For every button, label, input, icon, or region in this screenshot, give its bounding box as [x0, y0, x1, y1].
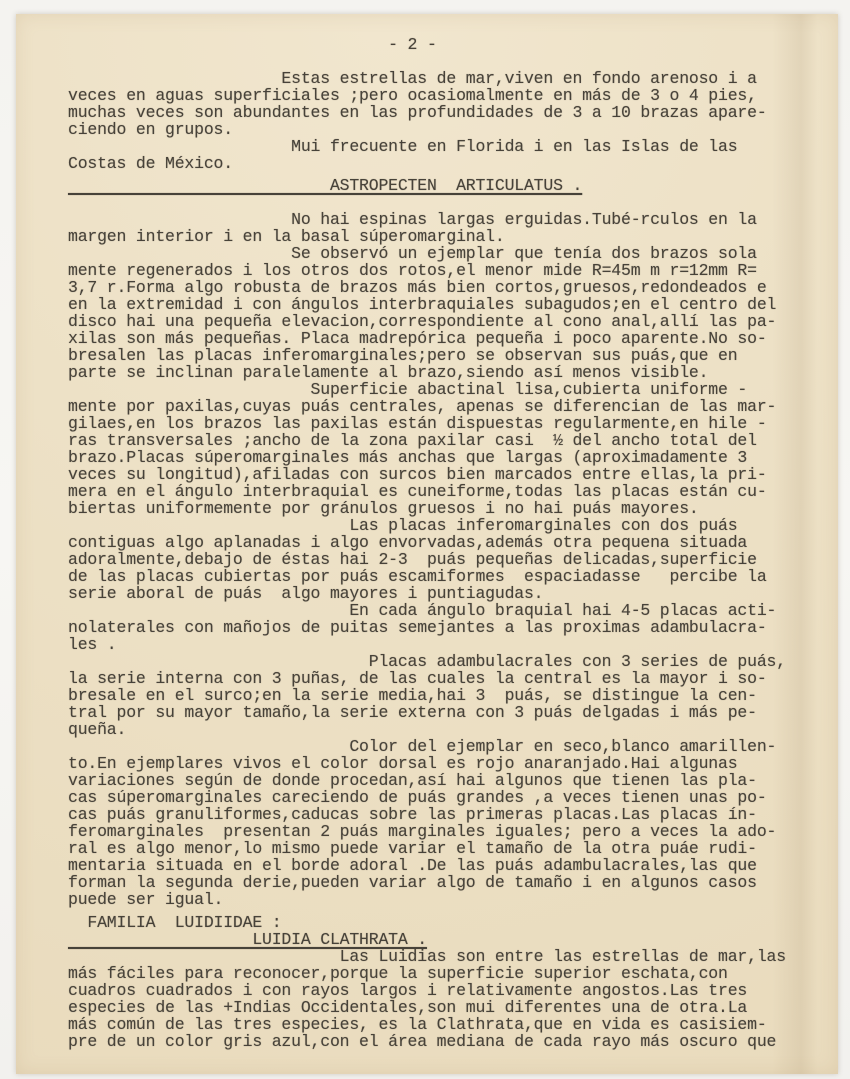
text-line: pre de un color gris azul,con el área me… — [68, 1033, 828, 1050]
typewritten-text: - 2 - Estas estrellas de mar,viven en fo… — [68, 36, 828, 1074]
text-line: cas puás granuliformes,caducas sobre las… — [68, 806, 828, 823]
text-line: mera en el ángulo interbraquial es cunei… — [68, 483, 828, 500]
text-line: les . — [68, 636, 828, 653]
text-line: de las placas cubiertas por puás escamif… — [68, 568, 828, 585]
text-line: Las placas inferomarginales con dos puás — [68, 517, 828, 534]
text-line: ral es algo menor,lo mismo puede variar … — [68, 840, 828, 857]
text-line: Superficie abactinal lisa,cubierta unifo… — [68, 381, 828, 398]
text-line: más fáciles para reconocer,porque la sup… — [68, 965, 828, 982]
text-line: tral por su mayor tamaño,la serie extern… — [68, 704, 828, 721]
text-line: xilas son más pequeñas. Placa madrepóric… — [68, 330, 828, 347]
text-line: gilaes,en los brazos las paxilas están d… — [68, 415, 828, 432]
text-line: 3,7 r.Forma algo robusta de brazos más b… — [68, 279, 828, 296]
text-line: ciendo en grupos. — [68, 121, 828, 138]
paper-sheet: - 2 - Estas estrellas de mar,viven en fo… — [16, 14, 838, 1074]
section-heading-astropecten: ASTROPECTEN ARTICULATUS . — [68, 177, 828, 194]
text-line: mente por paxilas,cuyas puás centrales, … — [68, 398, 828, 415]
text-line: Placas adambulacrales con 3 series de pu… — [68, 653, 828, 670]
page-number: - 2 - — [68, 36, 828, 53]
text-line: adoralmente,debajo de éstas hai 2-3 puás… — [68, 551, 828, 568]
text-line: parte se inclinan paralelamente al brazo… — [68, 364, 828, 381]
blank-line — [68, 194, 828, 211]
text-line: disco hai una pequeña elevacion,correspo… — [68, 313, 828, 330]
text-line: contiguas algo aplanadas i algo envorvad… — [68, 534, 828, 551]
text-line: Las Luidias son entre las estrellas de m… — [68, 948, 828, 965]
text-line: nolaterales con mañojos de puitas semeja… — [68, 619, 828, 636]
text-line: Color del ejemplar en seco,blanco amaril… — [68, 738, 828, 755]
text-line: en la extremidad i con ángulos interbraq… — [68, 296, 828, 313]
text-line: Mui frecuente en Florida i en las Islas … — [68, 138, 828, 155]
text-line: ras transversales ;ancho de la zona paxi… — [68, 432, 828, 449]
text-line: veces su longitud),afiladas con surcos b… — [68, 466, 828, 483]
text-line: No hai espinas largas erguidas.Tubé-rcul… — [68, 211, 828, 228]
text-line: En cada ángulo braquial hai 4-5 placas a… — [68, 602, 828, 619]
text-line: mentaria situada en el borde adoral .De … — [68, 857, 828, 874]
text-line: margen interior i en la basal súperomarg… — [68, 228, 828, 245]
blank-line — [68, 53, 828, 70]
text-line: to.En ejemplares vivos el color dorsal e… — [68, 755, 828, 772]
text-line: Estas estrellas de mar,viven en fondo ar… — [68, 70, 828, 87]
section-heading-luidia-clathrata: LUIDIA CLATHRATA . — [68, 931, 828, 948]
text-line: Se observó un ejemplar que tenía dos bra… — [68, 245, 828, 262]
text-line: más común de las tres especies, es la Cl… — [68, 1016, 828, 1033]
text-line: bresalen las placas inferomarginales;per… — [68, 347, 828, 364]
text-line: biertas uniformemente por gránulos grues… — [68, 500, 828, 517]
text-line: la serie interna con 3 puñas, de las cua… — [68, 670, 828, 687]
text-line: serie aboral de puás algo mayores i punt… — [68, 585, 828, 602]
section-heading-familia-luidiidae: FAMILIA LUIDIIDAE : — [68, 914, 828, 931]
text-line: mente regenerados i los otros dos rotos,… — [68, 262, 828, 279]
text-line: forman la segunda derie,pueden variar al… — [68, 874, 828, 891]
text-line: bresale en el surco;en la serie media,ha… — [68, 687, 828, 704]
text-line: brazo.Placas súperomarginales más anchas… — [68, 449, 828, 466]
text-line: Costas de México. — [68, 155, 828, 172]
text-line: feromarginales presentan 2 puás marginal… — [68, 823, 828, 840]
text-line: queña. — [68, 721, 828, 738]
text-line: muchas veces son abundantes en las profu… — [68, 104, 828, 121]
scanned-document-page: - 2 - Estas estrellas de mar,viven en fo… — [0, 0, 850, 1079]
text-line: cas súperomarginales careciendo de puás … — [68, 789, 828, 806]
text-line: especies de las +Indias Occidentales,son… — [68, 999, 828, 1016]
text-line: veces en aguas superficiales ;pero ocasi… — [68, 87, 828, 104]
text-line: cuadros cuadrados i con rayos largos i r… — [68, 982, 828, 999]
text-line: variaciones según de donde procedan,así … — [68, 772, 828, 789]
text-line: puede ser igual. — [68, 891, 828, 908]
